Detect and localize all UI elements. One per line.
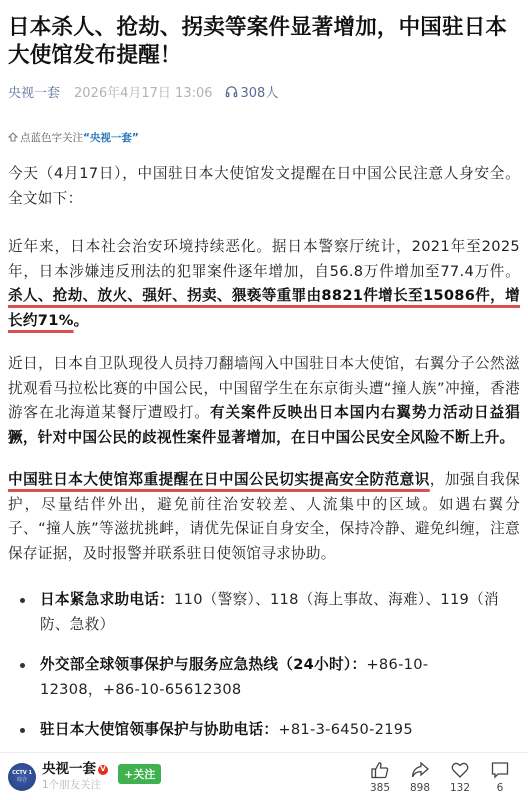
heart-icon: [450, 760, 470, 780]
avatar[interactable]: CCTV 1 综合: [8, 763, 36, 791]
share-button[interactable]: 898: [400, 760, 440, 794]
paragraph-recent-incidents: 近日，日本自卫队现役人员持刀翻墙闯入中国驻日本大使馆，右翼分子公然滋扰观看马拉松…: [8, 352, 520, 450]
listener-count: 308人: [241, 82, 279, 101]
share-icon: [410, 760, 430, 780]
share-count: 898: [410, 782, 430, 794]
friends-following: 1个朋友关注: [42, 778, 108, 792]
account-name: 央视一套: [42, 761, 96, 778]
publish-date: 2026年4月17日 13:06: [74, 82, 213, 101]
follow-hint[interactable]: 点蓝色字关注 “央视一套”: [8, 129, 520, 145]
account-name-row: 央视一套 V: [42, 761, 108, 778]
author-link[interactable]: 央视一套: [8, 82, 60, 101]
contact-item-embassy: 驻日本大使馆领事保护与协助电话：+81-3-6450-2195: [8, 718, 520, 743]
article: 日本杀人、抢劫、拐卖等案件显著增加，中国驻日本大使馆发布提醒！ 央视一套 202…: [0, 0, 528, 799]
verified-icon: V: [98, 765, 108, 775]
favorite-button[interactable]: 132: [440, 760, 480, 794]
article-meta: 央视一套 2026年4月17日 13:06 308人: [8, 81, 520, 101]
crime-stats-end: 。: [74, 312, 89, 329]
avatar-logo-text: CCTV 1: [12, 770, 32, 777]
article-title: 日本杀人、抢劫、拐卖等案件显著增加，中国驻日本大使馆发布提醒！: [8, 14, 520, 70]
follow-button[interactable]: +关注: [118, 764, 161, 784]
contact-label: 驻日本大使馆领事保护与协助电话：: [40, 721, 278, 738]
contact-value[interactable]: +81-3-6450-2195: [278, 721, 413, 738]
contact-label: 外交部全球领事保护与服务应急热线（24小时）：: [40, 656, 366, 673]
comment-count: 6: [497, 782, 504, 794]
account-info[interactable]: 央视一套 V 1个朋友关注: [42, 761, 108, 792]
contact-item-japan-emergency: 日本紧急求助电话：110（警察）、118（海上事故、海难）、119（消防、急救）: [8, 588, 520, 637]
thumbs-up-icon: [370, 760, 390, 780]
paragraph-embassy-reminder: 中国驻日本大使馆郑重提醒在日中国公民切实提高安全防范意识，加强自我保护，尽量结伴…: [8, 468, 520, 566]
comment-button[interactable]: 6: [480, 760, 520, 794]
avatar-sub-text: 综合: [17, 777, 27, 784]
paragraph-intro: 今天（4月17日），中国驻日本大使馆发文提醒在日中国公民注意人身安全。全文如下：: [8, 162, 520, 211]
headphones-icon: [225, 85, 238, 98]
listen-button[interactable]: 308人: [225, 82, 279, 101]
favorite-count: 132: [450, 782, 470, 794]
comment-icon: [490, 760, 510, 780]
follow-hint-account[interactable]: “央视一套”: [83, 130, 139, 145]
crime-stats-text: 近年来，日本社会治安环境持续恶化。据日本警察厅统计，2021年至2025年，日本…: [8, 238, 520, 280]
contact-label: 日本紧急求助电话：: [40, 591, 174, 608]
bottom-bar: CCTV 1 综合 央视一套 V 1个朋友关注 +关注 385 898: [0, 752, 528, 800]
paragraph-crime-stats: 近年来，日本社会治安环境持续恶化。据日本警察厅统计，2021年至2025年，日本…: [8, 235, 520, 333]
follow-hint-text: 点蓝色字关注: [20, 130, 83, 145]
like-count: 385: [370, 782, 390, 794]
contact-item-mfa-hotline: 外交部全球领事保护与服务应急热线（24小时）：+86-10-12308，+86-…: [8, 653, 520, 702]
follow-arrow-icon: [8, 132, 18, 142]
action-bar: 385 898 132 6: [360, 760, 520, 794]
embassy-reminder-highlight: 中国驻日本大使馆郑重提醒在日中国公民切实提高安全防范意识: [8, 471, 430, 488]
like-button[interactable]: 385: [360, 760, 400, 794]
